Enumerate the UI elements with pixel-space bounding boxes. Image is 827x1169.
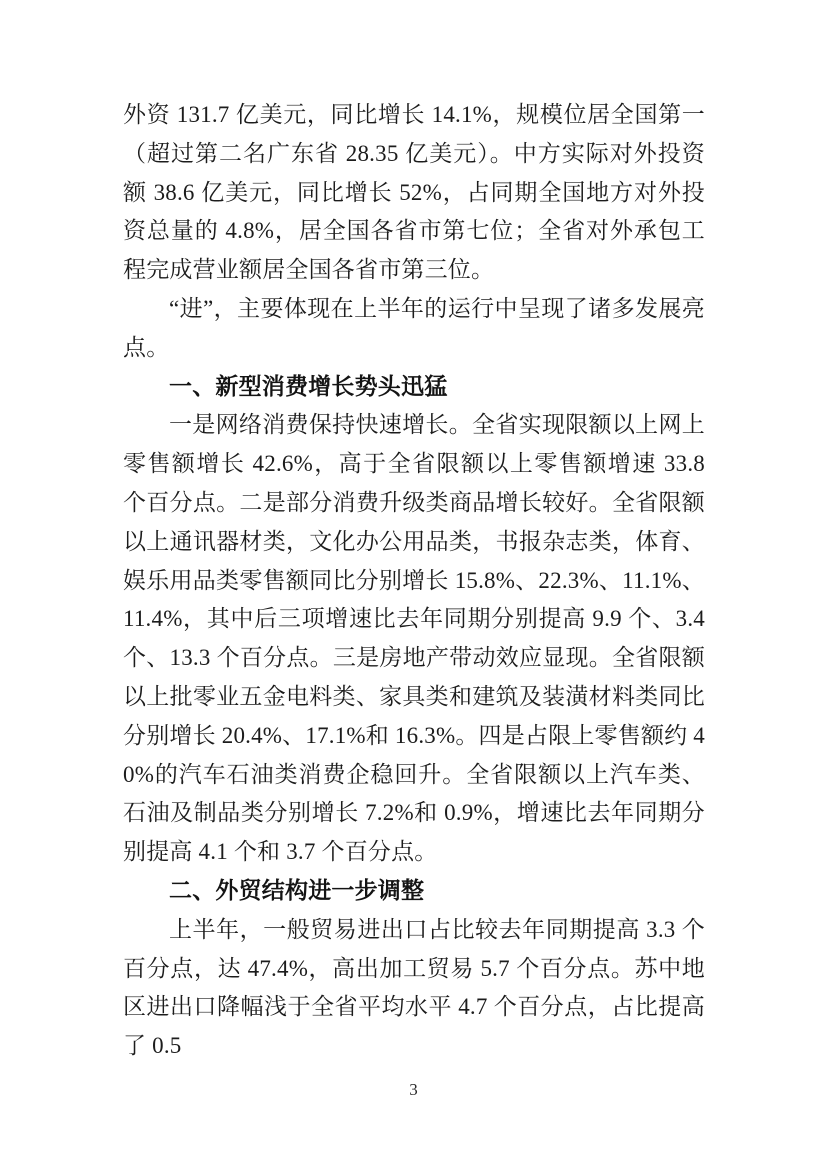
document-page: 外资 131.7 亿美元，同比增长 14.1%，规模位居全国第一（超过第二名广东…	[0, 0, 827, 1169]
paragraph: 上半年，一般贸易进出口占比较去年同期提高 3.3 个百分点，达 47.4%，高出…	[123, 911, 705, 1066]
paragraph: “进”，主要体现在上半年的运行中呈现了诸多发展亮点。	[123, 290, 705, 368]
paragraph: 一是网络消费保持快速增长。全省实现限额以上网上零售额增长 42.6%，高于全省限…	[123, 406, 705, 872]
page-number: 3	[0, 1080, 827, 1100]
paragraph: 外资 131.7 亿美元，同比增长 14.1%，规模位居全国第一（超过第二名广东…	[123, 96, 705, 290]
document-body: 外资 131.7 亿美元，同比增长 14.1%，规模位居全国第一（超过第二名广东…	[123, 96, 705, 1066]
section-heading: 一、新型消费增长势头迅猛	[123, 368, 705, 407]
section-heading: 二、外贸结构进一步调整	[123, 872, 705, 911]
